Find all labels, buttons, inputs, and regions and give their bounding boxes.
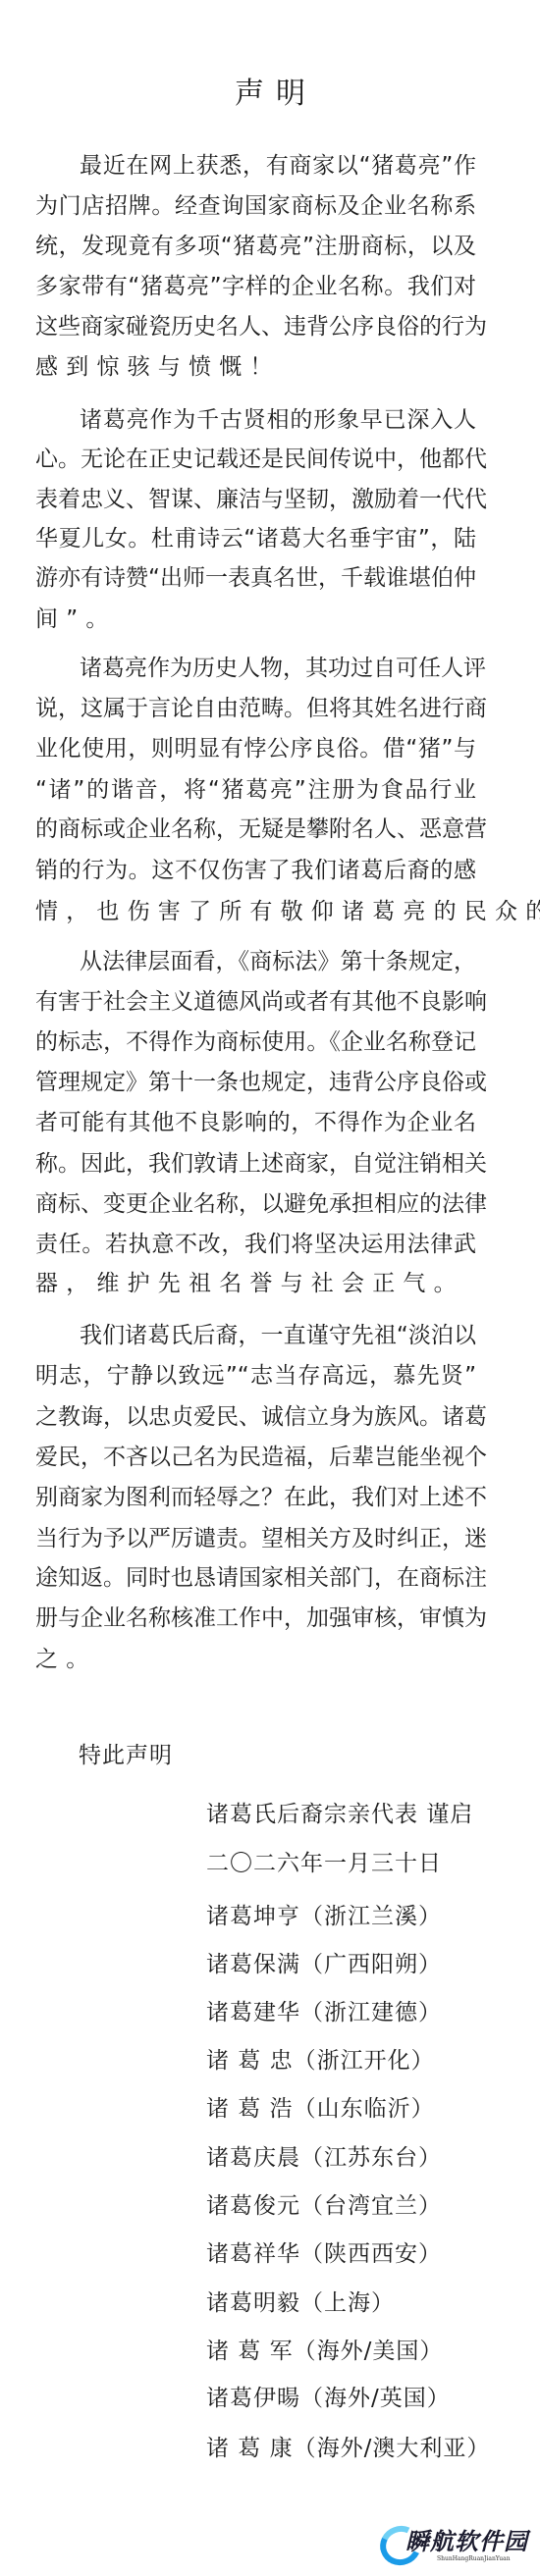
paragraph-line: 当行为予以严厉谴责。望相关方及时纠正，迷 xyxy=(35,1524,476,1553)
signatory-place: （浙江兰溪） xyxy=(300,1904,442,1929)
paragraph-line: 为门店招牌。经查询国家商标及企业名称系 xyxy=(35,191,476,221)
paragraph-line: 称。因此，我们敦请上述商家，自觉注销相关 xyxy=(35,1149,476,1179)
paragraph-line: 从法律层面看，《商标法》第十条规定， xyxy=(80,947,476,976)
date-line: 二〇二六年一月三十日 xyxy=(206,1849,442,1878)
watermark-name: 瞬航软件园 xyxy=(405,2528,528,2555)
signatory-row: 诸葛庆晨（江苏东台） xyxy=(206,2143,442,2173)
paragraph-line: 的商标或企业名称，无疑是攀附名人、恶意营 xyxy=(35,815,476,844)
signatory-place: （海外/英国） xyxy=(300,2386,451,2411)
paragraph-line: 者可能有其他不良影响的，不得作为企业名 xyxy=(35,1108,476,1137)
paragraph-line: 多家带有“猪葛亮”字样的企业名称。我们对 xyxy=(35,272,476,301)
paragraph-line: 间”。 xyxy=(35,605,476,634)
paragraph-line: 之教诲，以忠贞爱民、诚信立身为族风。诸葛 xyxy=(35,1402,476,1432)
paragraph-line: 别商家为图利而轻辱之？在此，我们对上述不 xyxy=(35,1483,476,1512)
signatory-name: 诸 葛 浩 xyxy=(206,2096,294,2122)
paragraph-line: 商标、变更企业名称，以避免承担相应的法律 xyxy=(35,1189,476,1219)
signatory-name: 诸葛坤亨 xyxy=(206,1904,300,1929)
signatory-place: （海外/美国） xyxy=(294,2339,444,2364)
signatory-row: 诸葛俊元（台湾宜兰） xyxy=(206,2191,442,2221)
signatory-place: （浙江开化） xyxy=(294,2048,435,2074)
signatory-name: 诸葛明毅 xyxy=(206,2290,300,2316)
signatory-row: 诸 葛 军（海外/美国） xyxy=(206,2337,443,2366)
signatory-row: 诸 葛 康（海外/澳大利亚） xyxy=(206,2434,490,2463)
signatory-row: 诸葛保满（广西阳朔） xyxy=(206,1950,442,1979)
paragraph-line: 心。无论在正史记载还是民间传说中，他都代 xyxy=(35,445,476,474)
signatory-row: 诸葛明毅（上海） xyxy=(206,2288,395,2318)
paragraph-line: 最近在网上获悉，有商家以“猪葛亮”作 xyxy=(80,151,476,181)
signatory-name: 诸 葛 军 xyxy=(206,2339,294,2364)
paragraph-line: 之。 xyxy=(35,1645,476,1674)
paragraph-line: 这些商家碰瓷历史名人、违背公序良俗的行为 xyxy=(35,312,476,342)
paragraph-line: 途知返。同时也恳请国家相关部门，在商标注 xyxy=(35,1563,476,1593)
paragraph-line: 销的行为。这不仅伤害了我们诸葛后裔的感 xyxy=(35,856,476,885)
paragraph-line: 业化使用，则明显有悖公序良俗。借“猪”与 xyxy=(35,734,476,763)
signatory-name: 诸葛建华 xyxy=(206,2000,300,2025)
signatory-place: （山东临沂） xyxy=(294,2096,435,2122)
signatory-name: 诸葛庆晨 xyxy=(206,2145,300,2171)
signatory-name: 诸 葛 康 xyxy=(206,2436,294,2461)
signatory-name: 诸葛俊元 xyxy=(206,2193,300,2219)
signatory-name: 诸 葛 忠 xyxy=(206,2048,294,2074)
paragraph-line: 感到惊骇与愤慨！ xyxy=(35,352,476,382)
paragraph-line: 我们诸葛氏后裔，一直谨守先祖“淡泊以 xyxy=(80,1321,476,1350)
paragraph-line: 华夏儿女。杜甫诗云“诸葛大名垂宇宙”，陆 xyxy=(35,524,476,553)
signatory-place: （上海） xyxy=(300,2290,395,2316)
paragraph-line: 情，也伤害了所有敬仰诸葛亮的民众的感情。 xyxy=(35,897,476,926)
signatory-place: （陕西西安） xyxy=(300,2241,442,2267)
signatory-place: （广西阳朔） xyxy=(300,1952,442,1977)
signatory-row: 诸葛祥华（陕西西安） xyxy=(206,2239,442,2269)
paragraph-line: 说，这属于言论自由范畴。但将其姓名进行商 xyxy=(35,694,476,723)
signatory-place: （浙江建德） xyxy=(300,2000,442,2025)
signatory-name: 诸葛祥华 xyxy=(206,2241,300,2267)
signatory-row: 诸 葛 忠（浙江开化） xyxy=(206,2046,435,2076)
signatory-row: 诸葛建华（浙江建德） xyxy=(206,1998,442,2027)
signatory-place: （台湾宜兰） xyxy=(300,2193,442,2219)
watermark-subtitle: ShunHangRuanJianYuan xyxy=(437,2555,511,2563)
paragraph-line: “诸”的谐音，将“猪葛亮”注册为食品行业 xyxy=(35,775,476,805)
signatory-row: 诸葛伊暘（海外/英国） xyxy=(206,2384,451,2413)
closing-text: 特此声明 xyxy=(79,1741,173,1770)
signature-line: 诸葛氏后裔宗亲代表 谨启 xyxy=(206,1800,473,1829)
signatory-row: 诸 葛 浩（山东临沂） xyxy=(206,2094,435,2124)
paragraph-line: 册与企业名称核准工作中，加强审核，审慎为 xyxy=(35,1603,476,1633)
paragraph-line: 有害于社会主义道德风尚或者有其他不良影响 xyxy=(35,987,476,1017)
statement-title: 声明 xyxy=(0,77,540,112)
signatory-name: 诸葛保满 xyxy=(206,1952,300,1977)
signatory-place: （江苏东台） xyxy=(300,2145,442,2171)
signatory-name: 诸葛伊暘 xyxy=(206,2386,300,2411)
paragraph-line: 表着忠义、智谋、廉洁与坚韧，激励着一代代 xyxy=(35,485,476,514)
signatory-row: 诸葛坤亨（浙江兰溪） xyxy=(206,1902,442,1931)
paragraph-line: 责任。若执意不改，我们将坚决运用法律武 xyxy=(35,1230,476,1259)
paragraph-line: 统，发现竟有多项“猪葛亮”注册商标，以及 xyxy=(35,232,476,261)
watermark-logo: 瞬航软件园 ShunHangRuanJianYuan xyxy=(378,2522,535,2569)
paragraph-line: 游亦有诗赞“出师一表真名世，千载谁堪伯仲 xyxy=(35,563,476,593)
paragraph-line: 诸葛亮作为千古贤相的形象早已深入人 xyxy=(80,405,476,435)
paragraph-line: 爱民，不吝以己名为民造福，后辈岂能坐视个 xyxy=(35,1443,476,1472)
paragraph-line: 明志，宁静以致远”“志当存高远，慕先贤” xyxy=(35,1361,476,1391)
paragraph-line: 管理规定》第十一条也规定，违背公序良俗或 xyxy=(35,1068,476,1097)
paragraph-line: 的标志，不得作为商标使用。《企业名称登记 xyxy=(35,1027,476,1057)
signatory-place: （海外/澳大利亚） xyxy=(294,2436,491,2461)
paragraph-line: 器，维护先祖名誉与社会正气。 xyxy=(35,1269,476,1298)
paragraph-line: 诸葛亮作为历史人物，其功过自可任人评 xyxy=(80,654,476,683)
